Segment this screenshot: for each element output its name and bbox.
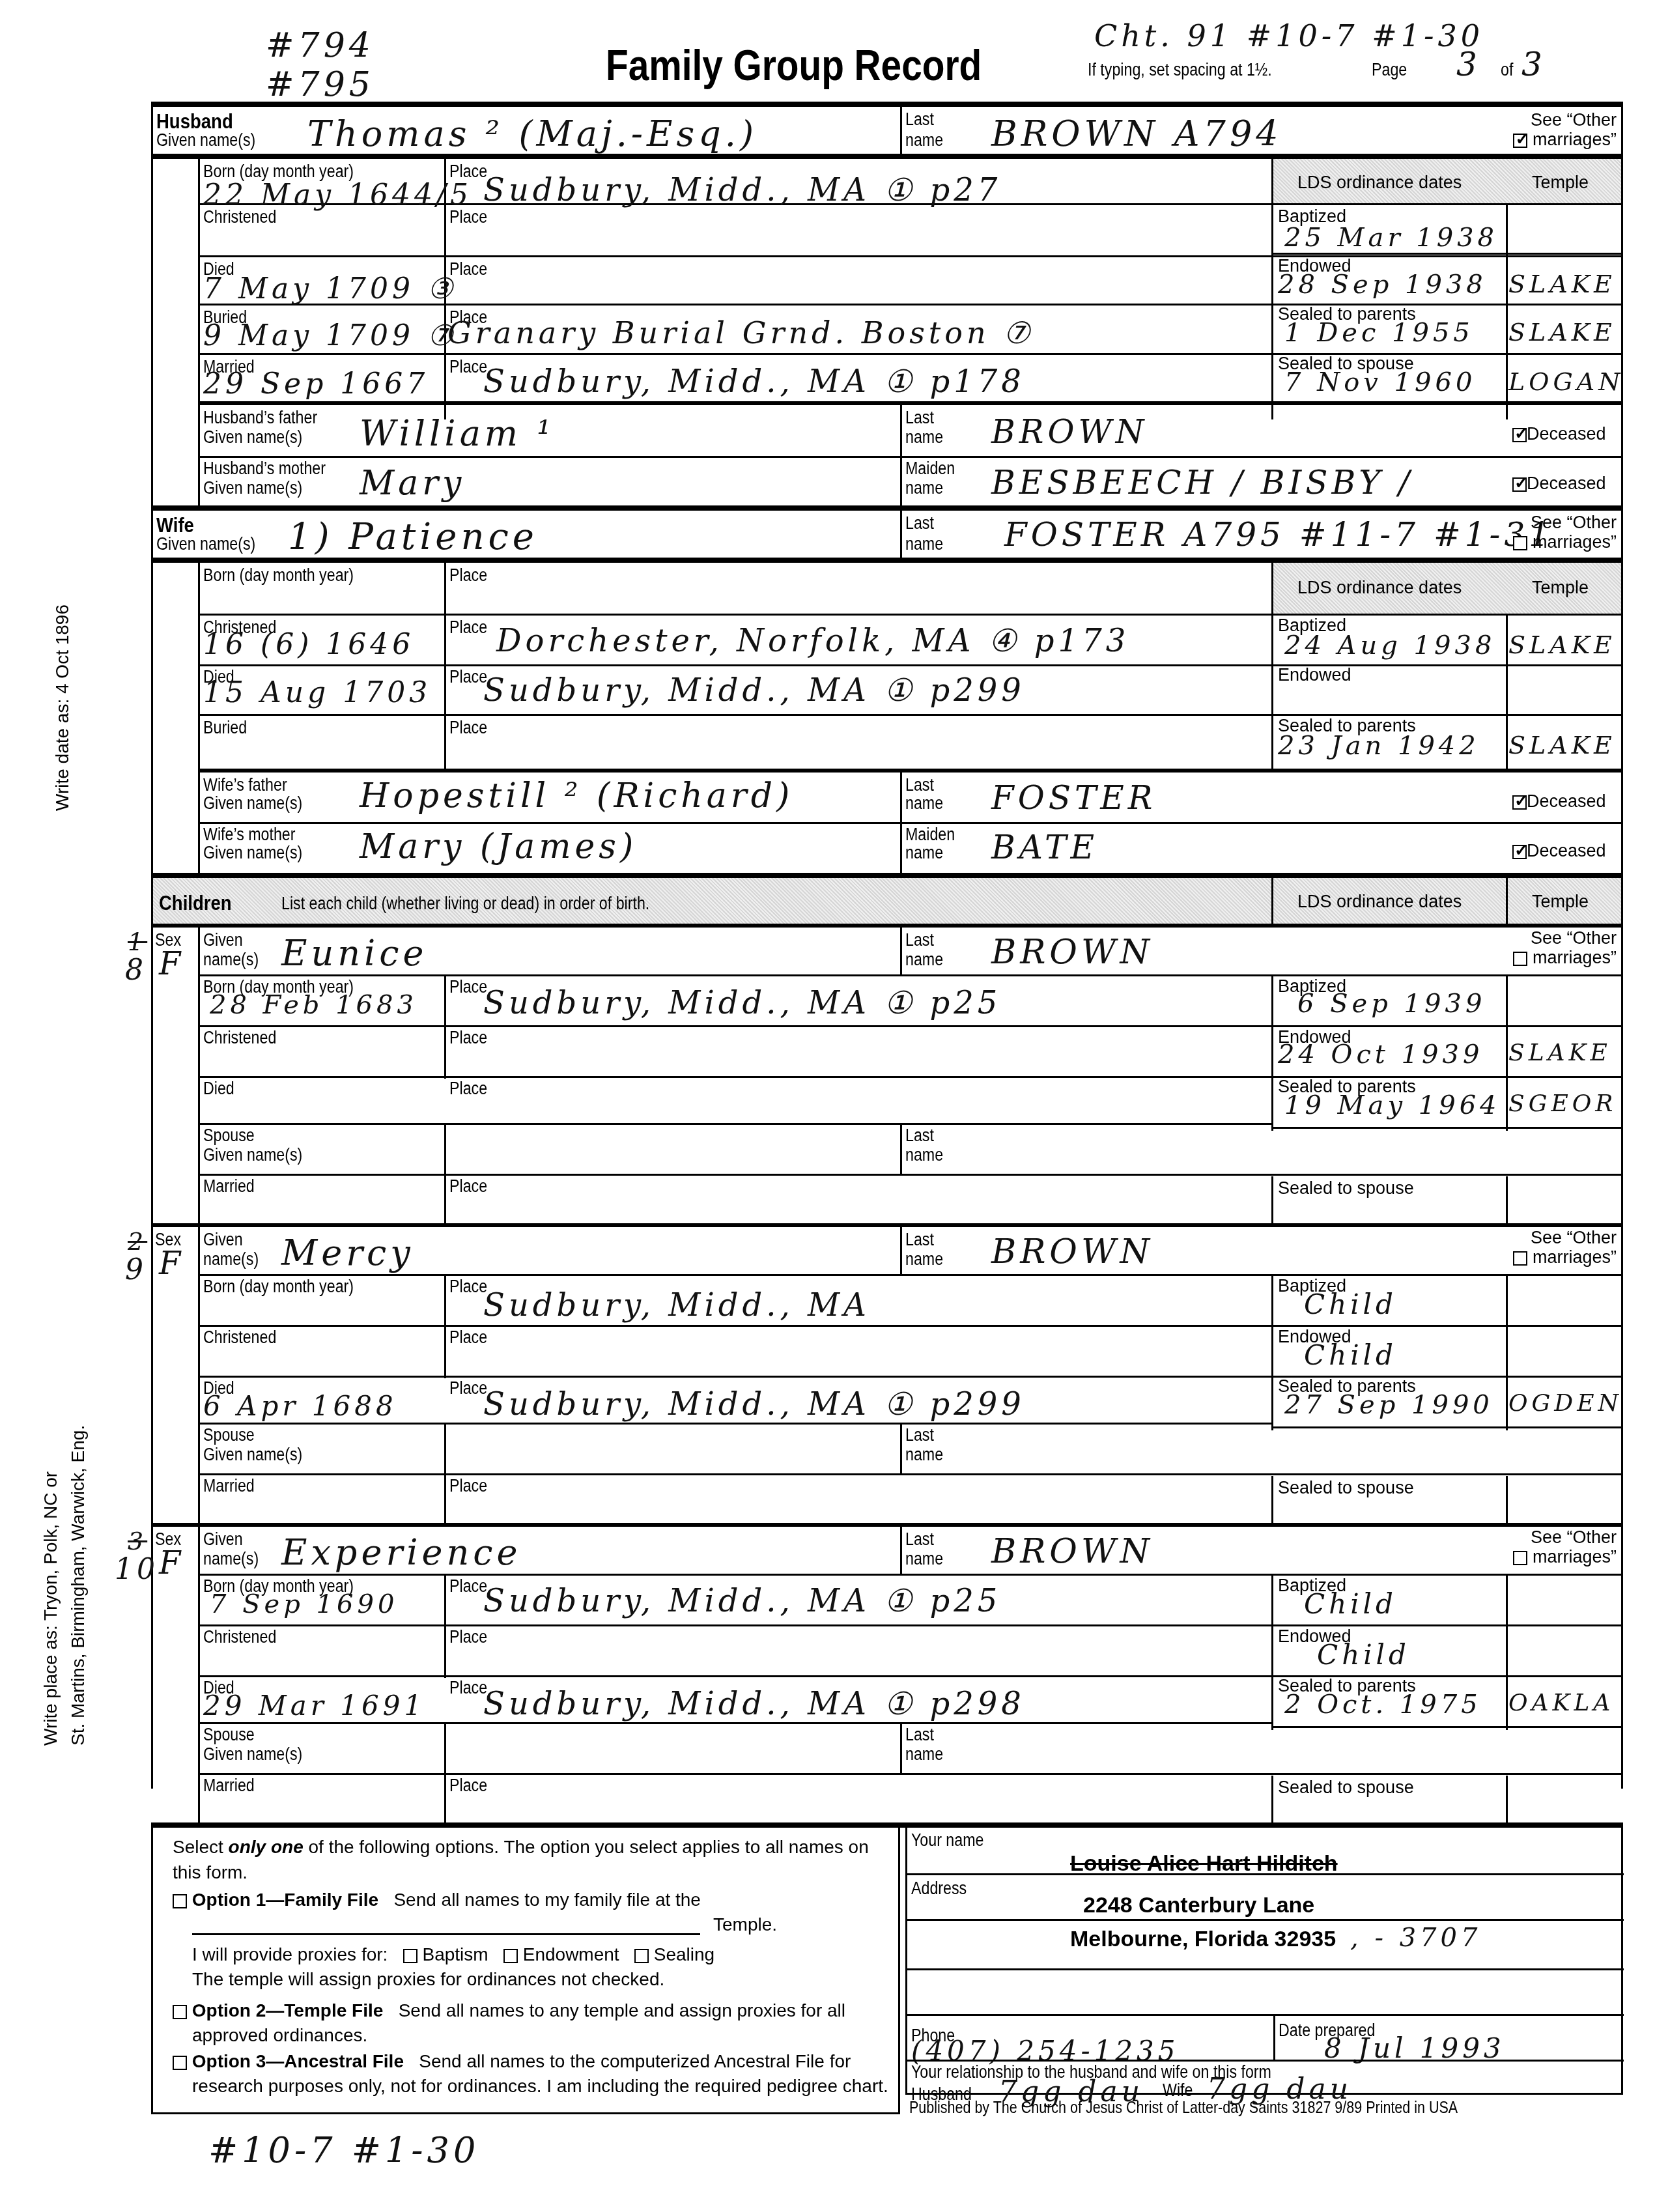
christened-label: Christened <box>203 1028 276 1048</box>
child-died-date[interactable]: 6 Apr 1688 <box>203 1390 397 1422</box>
name-label: name <box>905 1549 943 1569</box>
sealed-spouse-label: Sealed to spouse <box>1278 1179 1414 1198</box>
child-born-place[interactable]: Sudbury, Midd., MA ① p25 <box>483 1583 1001 1619</box>
child-sealed-parents-temple[interactable]: SGEOR <box>1508 1090 1617 1117</box>
child-given-names[interactable]: Experience <box>281 1532 521 1573</box>
wifes-father-given-label: Given name(s) <box>203 793 302 814</box>
spouse-last-label: Last <box>905 1425 934 1445</box>
divider <box>198 255 1623 257</box>
husbands-father-deceased-checkbox[interactable] <box>1512 428 1527 442</box>
husbands-mother-name-label: name <box>905 478 943 498</box>
temple-header: Temple <box>1532 173 1589 193</box>
sealed-spouse-label: Sealed to spouse <box>1278 1778 1414 1798</box>
children-lds-dates-header: LDS ordinance dates <box>1297 892 1462 912</box>
divider <box>900 928 902 974</box>
option-1-temple-label: Temple. <box>713 1915 777 1935</box>
given-label: Given <box>203 1529 243 1550</box>
christened-place-label: Place <box>449 1327 487 1348</box>
see-other-label: See “Other <box>1480 929 1617 948</box>
husband-endowed-date[interactable]: 28 Sep 1938 <box>1278 270 1487 300</box>
divider <box>198 1624 1623 1626</box>
last-label: Last <box>905 1529 934 1550</box>
wife-last-label: Last <box>905 513 934 533</box>
died-place-label: Place <box>449 1079 487 1099</box>
husband-died-date[interactable]: 7 May 1709 ③ <box>203 272 457 305</box>
options-intro-text: Select <box>173 1837 229 1857</box>
child-given-names[interactable]: Mercy <box>281 1232 414 1273</box>
wife-christened-place-label: Place <box>449 617 487 638</box>
wife-buried-label: Buried <box>203 718 247 738</box>
divider <box>198 1722 1273 1724</box>
spouse-label: Spouse <box>203 1725 255 1745</box>
died-label: Died <box>203 1079 234 1099</box>
child-baptized-date[interactable]: Child <box>1304 1588 1397 1620</box>
see-other-label: See “Other <box>1480 111 1617 130</box>
option-2-title: Option 2—Temple File <box>192 2000 384 2021</box>
wifes-father-last-label: Last <box>905 775 934 795</box>
husbands-mother-deceased-checkbox[interactable] <box>1512 477 1527 492</box>
option-1-temple-line[interactable] <box>192 1933 700 1935</box>
wife-baptized-temple[interactable]: SLAKE <box>1508 631 1616 659</box>
child-sealed-parents-date[interactable]: 2 Oct. 1975 <box>1284 1690 1482 1720</box>
child-other-marriages: See “Other marriages” <box>1480 1528 1617 1567</box>
divider <box>1273 253 1621 255</box>
wifes-father-name-label: name <box>905 793 943 814</box>
husbands-father-label: Husband’s father <box>203 408 317 428</box>
address-zip-extension[interactable]: , - 3707 <box>1350 1923 1481 1953</box>
child-born-date[interactable]: 28 Feb 1683 <box>210 990 417 1020</box>
divider <box>1273 1726 1621 1728</box>
divider <box>900 107 902 155</box>
husband-buried-date[interactable]: 9 May 1709 ⑦ <box>203 319 457 352</box>
options-intro: Select only one of the following options… <box>173 1834 889 1885</box>
spouse-last-label: Last <box>905 1725 934 1745</box>
child-endowed-date[interactable]: Child <box>1317 1639 1410 1671</box>
husbands-mother-maiden-label: Maiden <box>905 459 955 479</box>
child-baptized-date[interactable]: 6 Sep 1939 <box>1297 989 1486 1019</box>
spouse-name-label: name <box>905 1744 943 1765</box>
wife-born-label: Born (day month year) <box>203 565 354 586</box>
wife-temple-header: Temple <box>1532 578 1589 598</box>
husband-married-place-label: Place <box>449 357 487 377</box>
page-label: Page <box>1372 60 1407 80</box>
names-label: name(s) <box>203 1249 259 1269</box>
divider <box>1271 1776 1273 1826</box>
child-born-date[interactable]: 7 Sep 1690 <box>210 1589 398 1619</box>
divider <box>1271 1274 1273 1430</box>
handwritten-bottom-reference: #10-7 #1-30 <box>208 2130 479 2171</box>
husbands-father-given-label: Given name(s) <box>203 427 302 447</box>
married-place-label: Place <box>449 1176 487 1197</box>
child-died-date[interactable]: 29 Mar 1691 <box>203 1690 425 1722</box>
divider <box>907 1968 1624 1970</box>
address-line-2[interactable]: Melbourne, Florida 32935 <box>1070 1927 1336 1952</box>
spouse-last-label: Last <box>905 1126 934 1146</box>
married-place-label: Place <box>449 1776 487 1796</box>
divider <box>1271 1476 1273 1527</box>
page-title: Family Group Record <box>606 40 982 90</box>
wifes-mother-maiden[interactable]: BATE <box>991 829 1098 866</box>
children-instruction: List each child (whether living or dead)… <box>281 894 649 914</box>
christened-label: Christened <box>203 1627 276 1647</box>
names-label: name(s) <box>203 1549 259 1569</box>
husband-born-place[interactable]: Sudbury, Midd., MA ① p27 <box>483 172 1001 208</box>
divider <box>198 714 1273 716</box>
relationship-wife-label: Wife <box>1163 2080 1193 2101</box>
child-1: 1 8 Sex F Given name(s) Eunice Last name… <box>151 928 1623 1227</box>
child-born-place[interactable]: Sudbury, Midd., MA ① p25 <box>483 985 1001 1021</box>
husbands-father-last[interactable]: BROWN <box>991 413 1148 451</box>
died-place-label: Place <box>449 1378 487 1398</box>
born-place-label: Place <box>449 1576 487 1596</box>
names-label: name(s) <box>203 950 259 970</box>
option-3-checkbox[interactable] <box>173 2056 187 2070</box>
child-endowed-temple[interactable]: SLAKE <box>1508 1040 1611 1066</box>
option-1: Option 1—Family File Send all names to m… <box>173 1890 701 1910</box>
option-1-title: Option 1—Family File <box>192 1890 378 1910</box>
husbands-father-name-label: name <box>905 427 943 447</box>
wife-sealed-parents-temple[interactable]: SLAKE <box>1508 731 1616 759</box>
name-label: name <box>905 1249 943 1269</box>
option-1-text: Send all names to my family file at the <box>393 1890 701 1910</box>
divider <box>900 1123 902 1175</box>
wife-lds-dates-header: LDS ordinance dates <box>1297 578 1462 598</box>
given-label: Given <box>203 930 243 950</box>
divider <box>907 2014 1624 2016</box>
date-format-instruction: Write date as: 4 Oct 1896 <box>52 604 73 811</box>
marriages-label: marriages” <box>1533 532 1617 552</box>
divider <box>444 563 446 771</box>
family-group-form: Husband Given name(s) Thomas ² (Maj.-Esq… <box>151 102 1623 2114</box>
proxy-endowment-label: Endowment <box>523 1944 619 1964</box>
divider <box>1506 1476 1508 1527</box>
proxy-baptism-checkbox[interactable] <box>403 1949 417 1963</box>
divider <box>198 1025 1623 1027</box>
divider <box>151 154 1623 159</box>
married-label: Married <box>203 1476 255 1496</box>
husband-endowed-temple[interactable]: SLAKE <box>1508 270 1616 298</box>
christened-place-label: Place <box>449 1627 487 1647</box>
spouse-label: Spouse <box>203 1425 255 1445</box>
spouse-given-label: Given name(s) <box>203 1445 302 1465</box>
proxy-sealing-label: Sealing <box>654 1944 714 1964</box>
child-baptized-date[interactable]: Child <box>1304 1288 1397 1320</box>
child-order-handwritten: 8 <box>125 954 147 987</box>
marriages-label: marriages” <box>1533 1547 1617 1567</box>
wifes-mother-given-label: Given name(s) <box>203 843 302 863</box>
handwritten-record-number-1: #794 <box>266 26 375 65</box>
divider <box>900 1227 902 1274</box>
child-endowed-date[interactable]: 24 Oct 1939 <box>1278 1040 1483 1070</box>
christened-label: Christened <box>203 1327 276 1348</box>
given-label: Given <box>203 1230 243 1250</box>
husbands-mother-maiden[interactable]: BESBEECH / BISBY / <box>991 464 1413 502</box>
husband-born-place-label: Place <box>449 162 487 182</box>
proxies-label: I will provide proxies for: <box>192 1944 388 1964</box>
divider <box>900 1527 902 1574</box>
child-last-name[interactable]: BROWN <box>991 933 1153 972</box>
divider <box>198 822 1623 824</box>
spouse-name-label: name <box>905 1445 943 1465</box>
see-other-label: See “Other <box>1480 1228 1617 1248</box>
your-name-label: Your name <box>911 1830 983 1850</box>
of-label: of <box>1501 60 1513 80</box>
last-label: Last <box>905 930 934 950</box>
divider <box>198 614 1623 616</box>
child-sealed-parents-date[interactable]: 27 Sep 1990 <box>1284 1390 1493 1420</box>
spouse-name-label: name <box>905 1145 943 1165</box>
spouse-label: Spouse <box>203 1126 255 1146</box>
husband-christened-place-label: Place <box>449 207 487 227</box>
child-sex[interactable]: F <box>159 946 184 982</box>
last-label: Last <box>905 1230 934 1250</box>
see-other-label: See “Other <box>1480 513 1617 533</box>
wife-born-place-label: Place <box>449 565 487 586</box>
marriages-label: marriages” <box>1533 130 1617 149</box>
child-order-printed: 2 <box>128 1227 147 1256</box>
deceased-label: Deceased <box>1527 791 1606 811</box>
husband-last-name[interactable]: BROWN A794 <box>991 113 1282 154</box>
husbands-mother-given[interactable]: Mary <box>360 464 465 503</box>
option-3-title: Option 3—Ancestral File <box>192 2051 404 2071</box>
husband-sealed-parents-temple[interactable]: SLAKE <box>1508 318 1616 347</box>
deceased-label: Deceased <box>1527 841 1606 860</box>
divider <box>198 1174 1623 1176</box>
divider <box>1273 2014 1275 2060</box>
husband-given-names[interactable]: Thomas ² (Maj.-Esq.) <box>307 113 757 154</box>
wifes-father-last[interactable]: FOSTER <box>991 779 1156 817</box>
divider <box>907 2060 1624 2062</box>
wifes-mother-given[interactable]: Mary (James) <box>360 827 637 866</box>
spouse-given-label: Given name(s) <box>203 1145 302 1165</box>
wife-name-label: name <box>905 534 943 554</box>
child-endowed-date[interactable]: Child <box>1304 1339 1397 1371</box>
proxies-note: The temple will assign proxies for ordin… <box>192 1970 664 1990</box>
divider <box>907 1873 1624 1875</box>
divider <box>1506 1574 1508 1730</box>
divider <box>198 1274 1623 1276</box>
child-other-marriages-checkbox[interactable] <box>1513 1251 1527 1266</box>
wife-died-date[interactable]: 15 Aug 1703 <box>203 676 431 709</box>
wife-other-marriages: See “Other marriages” <box>1480 513 1617 552</box>
wifes-mother-maiden-label: Maiden <box>905 825 955 845</box>
divider <box>198 456 1623 458</box>
wife-last-name[interactable]: FOSTER A795 #11-7 #1-31 <box>1004 516 1553 554</box>
wife-endowed-label: Endowed <box>1278 666 1351 685</box>
name-label: name <box>905 950 943 970</box>
sealed-spouse-label: Sealed to spouse <box>1278 1479 1414 1498</box>
wifes-mother-deceased-checkbox[interactable] <box>1512 845 1527 859</box>
husband-married-place[interactable]: Sudbury, Midd., MA ① p178 <box>483 363 1025 400</box>
child-given-names[interactable]: Eunice <box>281 933 427 974</box>
spouse-given-label: Given name(s) <box>203 1744 302 1765</box>
husband-given-label: Given name(s) <box>156 130 255 150</box>
child-last-name[interactable]: BROWN <box>991 1532 1153 1571</box>
husband-buried-place[interactable]: Granary Burial Grnd. Boston ⑦ <box>447 315 1034 350</box>
husbands-father-last-label: Last <box>905 408 934 428</box>
typing-note: If typing, set spacing at 1½. <box>1088 60 1272 80</box>
christened-place-label: Place <box>449 1028 487 1048</box>
husbands-father-deceased: Deceased <box>1512 425 1606 444</box>
child-other-marriages-checkbox[interactable] <box>1513 1551 1527 1565</box>
wifes-mother-deceased: Deceased <box>1512 842 1606 861</box>
divider <box>198 1423 1273 1425</box>
wife-sealed-parents-date[interactable]: 23 Jan 1942 <box>1278 731 1480 761</box>
child-sex[interactable]: F <box>159 1245 184 1282</box>
child-order-handwritten: 10 <box>115 1553 159 1586</box>
husband-other-marriages-checkbox[interactable] <box>1513 134 1527 148</box>
divider <box>1273 1127 1621 1129</box>
divider <box>198 769 1623 773</box>
child-order-printed: 1 <box>128 928 147 956</box>
husband-name-label: name <box>905 130 943 150</box>
divider <box>907 1919 1624 1921</box>
child-sealed-parents-temple[interactable]: OAKLA <box>1508 1690 1614 1716</box>
divider <box>198 1773 1623 1775</box>
child-died-place[interactable]: Sudbury, Midd., MA ① p299 <box>483 1386 1025 1423</box>
submitter-info: Your name Louise Alice Hart Hilditch Add… <box>905 1828 1623 2095</box>
child-3: 3 10 Sex F Given name(s) Experience Last… <box>151 1527 1623 1826</box>
handwritten-chart-reference: Cht. 91 #10-7 #1-30 <box>1094 18 1484 53</box>
divider <box>1273 1426 1621 1428</box>
wife-given-names[interactable]: 1) Patience <box>288 516 538 558</box>
address-label: Address <box>911 1879 967 1899</box>
divider <box>1271 878 1273 924</box>
married-label: Married <box>203 1776 255 1796</box>
husband-sealed-spouse-temple[interactable]: LOGAN <box>1508 367 1624 396</box>
wife-given-label: Given name(s) <box>156 534 255 554</box>
proxies-row: I will provide proxies for: Baptism Endo… <box>192 1945 714 1965</box>
born-place-label: Place <box>449 977 487 997</box>
child-sealed-parents-date[interactable]: 19 May 1964 <box>1284 1090 1501 1120</box>
option-3: Option 3—Ancestral File Send all names t… <box>173 2049 889 2099</box>
deceased-label: Deceased <box>1527 424 1606 444</box>
place-format-instruction-2: St. Martins, Birmingham, Warwick, Eng. <box>68 1425 89 1746</box>
child-other-marriages: See “Other marriages” <box>1480 1228 1617 1267</box>
option-2: Option 2—Temple File Send all names to a… <box>173 1998 889 2048</box>
divider <box>151 558 1623 563</box>
children-temple-header: Temple <box>1532 892 1589 912</box>
husband-died-place-label: Place <box>449 259 487 279</box>
lds-dates-header: LDS ordinance dates <box>1297 173 1462 193</box>
deceased-label: Deceased <box>1527 474 1606 493</box>
divider <box>198 563 200 875</box>
husband-sealed-parents-date[interactable]: 1 Dec 1955 <box>1284 318 1474 348</box>
husbands-father-given[interactable]: William ¹ <box>360 413 555 454</box>
wifes-mother-label: Wife’s mother <box>203 825 296 845</box>
husband-other-marriages: See “Other marriages” <box>1480 111 1617 149</box>
child-other-marriages: See “Other marriages” <box>1480 929 1617 967</box>
submission-options: Select only one of the following options… <box>151 1828 900 2114</box>
wife-baptized-date[interactable]: 24 Aug 1938 <box>1284 631 1495 660</box>
option-2-checkbox[interactable] <box>173 2005 187 2019</box>
divider <box>198 159 200 511</box>
marriages-label: marriages” <box>1533 948 1617 967</box>
divider <box>1271 1574 1273 1730</box>
form-top-border <box>151 102 1623 107</box>
married-place-label: Place <box>449 1476 487 1496</box>
divider <box>900 511 902 559</box>
divider <box>198 1574 1623 1576</box>
wife-other-marriages-checkbox[interactable] <box>1513 536 1527 550</box>
died-place-label: Place <box>449 1678 487 1698</box>
place-format-instruction-1: Write place as: Tryon, Polk, NC or <box>40 1471 61 1746</box>
divider <box>151 1822 1623 1828</box>
child-order-handwritten: 9 <box>125 1253 147 1286</box>
born-place-label: Place <box>449 1277 487 1297</box>
child-born-place[interactable]: Sudbury, Midd., MA <box>483 1287 870 1324</box>
child-died-place[interactable]: Sudbury, Midd., MA ① p298 <box>483 1686 1025 1722</box>
child-sex[interactable]: F <box>159 1545 184 1581</box>
wife-buried-place-label: Place <box>449 718 487 738</box>
husband-christened-label: Christened <box>203 207 276 227</box>
divider <box>1271 974 1273 1131</box>
married-label: Married <box>203 1176 255 1197</box>
husband-last-label: Last <box>905 109 934 130</box>
husbands-mother-label: Husband’s mother <box>203 459 326 479</box>
page-number[interactable]: 3 <box>1456 46 1481 83</box>
wifes-father-given[interactable]: Hopestill ² (Richard) <box>360 776 793 815</box>
wife-died-place[interactable]: Sudbury, Midd., MA ① p299 <box>483 672 1025 709</box>
wife-christened-date[interactable]: 16 (6) 1646 <box>203 628 414 661</box>
handwritten-record-number-2: #795 <box>266 65 375 104</box>
children-heading: Children <box>159 891 232 915</box>
divider <box>1506 878 1508 924</box>
divider <box>1506 1176 1508 1227</box>
wifes-father-deceased: Deceased <box>1512 792 1606 812</box>
wifes-father-deceased-checkbox[interactable] <box>1512 795 1527 810</box>
divider <box>900 1722 902 1774</box>
divider <box>151 505 1623 511</box>
options-intro-emphasis: only one <box>229 1837 304 1857</box>
address-line-1[interactable]: 2248 Canterbury Lane <box>1083 1893 1314 1918</box>
child-2: 2 9 Sex F Given name(s) Mercy Last name … <box>151 1227 1623 1527</box>
wife-died-place-label: Place <box>449 667 487 687</box>
divider <box>198 664 1623 666</box>
husband-married-date[interactable]: 29 Sep 1667 <box>203 367 429 401</box>
proxy-baptism-label: Baptism <box>422 1944 488 1964</box>
publisher-footer: Published by The Church of Jesus Christ … <box>909 2099 1458 2118</box>
divider <box>151 873 1623 878</box>
child-sealed-parents-temple[interactable]: OGDEN <box>1508 1390 1622 1417</box>
husbands-mother-given-label: Given name(s) <box>203 478 302 498</box>
divider <box>1506 1274 1508 1430</box>
divider <box>198 401 1623 405</box>
divider <box>198 1473 1623 1475</box>
husband-baptized-date[interactable]: 25 Mar 1938 <box>1284 223 1498 253</box>
marriages-label: marriages” <box>1533 1247 1617 1267</box>
wifes-father-label: Wife’s father <box>203 775 287 795</box>
wifes-mother-name-label: name <box>905 843 943 863</box>
divider <box>198 1123 1273 1125</box>
husbands-mother-deceased: Deceased <box>1512 474 1606 494</box>
divider <box>900 1423 902 1475</box>
option-1-checkbox[interactable] <box>173 1894 187 1908</box>
child-last-name[interactable]: BROWN <box>991 1232 1153 1271</box>
born-label: Born (day month year) <box>203 1277 354 1297</box>
child-other-marriages-checkbox[interactable] <box>1513 952 1527 966</box>
proxy-sealing-checkbox[interactable] <box>634 1949 649 1963</box>
child-order-printed: 3 <box>128 1527 147 1555</box>
divider <box>1506 1776 1508 1826</box>
proxy-endowment-checkbox[interactable] <box>503 1949 518 1963</box>
husband-sealed-spouse-date[interactable]: 7 Nov 1960 <box>1284 367 1476 397</box>
divider <box>198 974 1623 976</box>
wife-christened-place[interactable]: Dorchester, Norfolk, MA ④ p173 <box>496 623 1129 659</box>
divider <box>198 1325 1623 1327</box>
page-total[interactable]: 3 <box>1521 46 1546 83</box>
divider <box>1271 1176 1273 1227</box>
